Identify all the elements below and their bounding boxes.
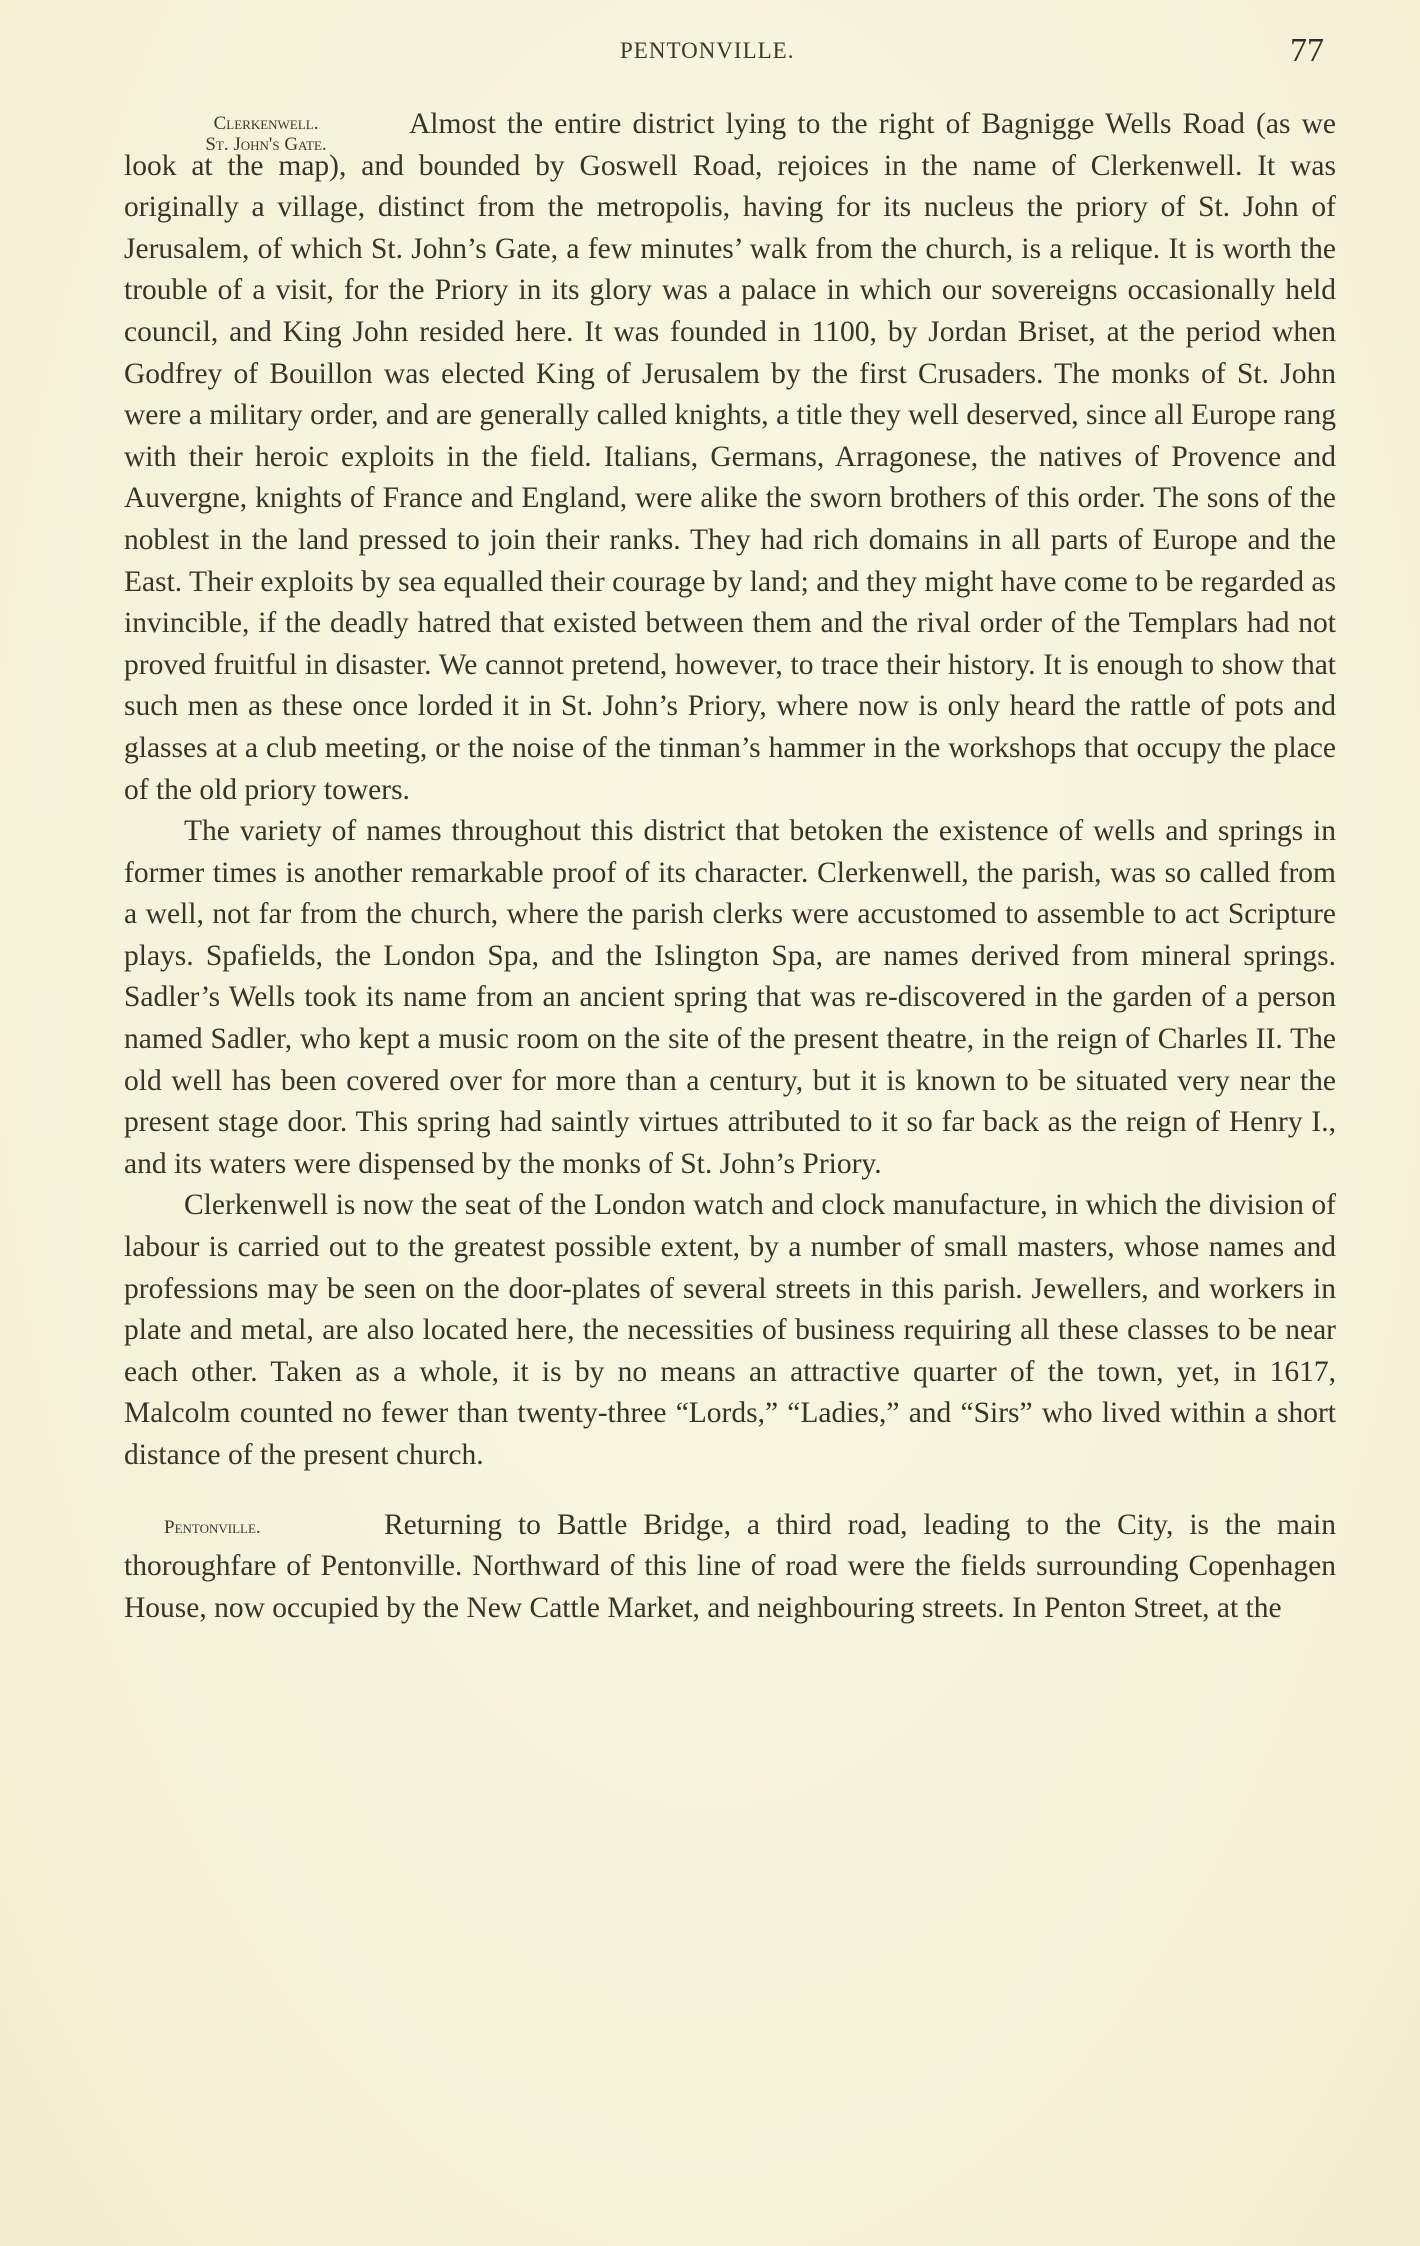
sidenote-pentonville: Pentonville.	[164, 1517, 334, 1538]
paragraph: The variety of names throughout this dis…	[124, 811, 1336, 1185]
section-clerkenwell: Clerkenwell. St. John's Gate. Almost the…	[124, 104, 1336, 1477]
page-number: 77	[1290, 32, 1324, 70]
running-title: PENTONVILLE.	[620, 38, 794, 64]
sidenote-line: Pentonville.	[164, 1517, 334, 1538]
section-pentonville: Pentonville. Returning to Battle Bridge,…	[124, 1505, 1336, 1630]
sidenote-line: St. John's Gate.	[166, 134, 366, 155]
book-page: PENTONVILLE. 77 Clerkenwell. St. John's …	[0, 0, 1420, 2246]
body-text: Clerkenwell. St. John's Gate. Almost the…	[124, 104, 1336, 1629]
running-head: PENTONVILLE. 77	[0, 36, 1420, 76]
paragraph: Clerkenwell is now the seat of the Londo…	[124, 1185, 1336, 1476]
sidenote-line: Clerkenwell.	[166, 113, 366, 134]
sidenote-clerkenwell: Clerkenwell. St. John's Gate.	[166, 113, 366, 155]
paragraph: Almost the entire district lying to the …	[124, 104, 1336, 811]
